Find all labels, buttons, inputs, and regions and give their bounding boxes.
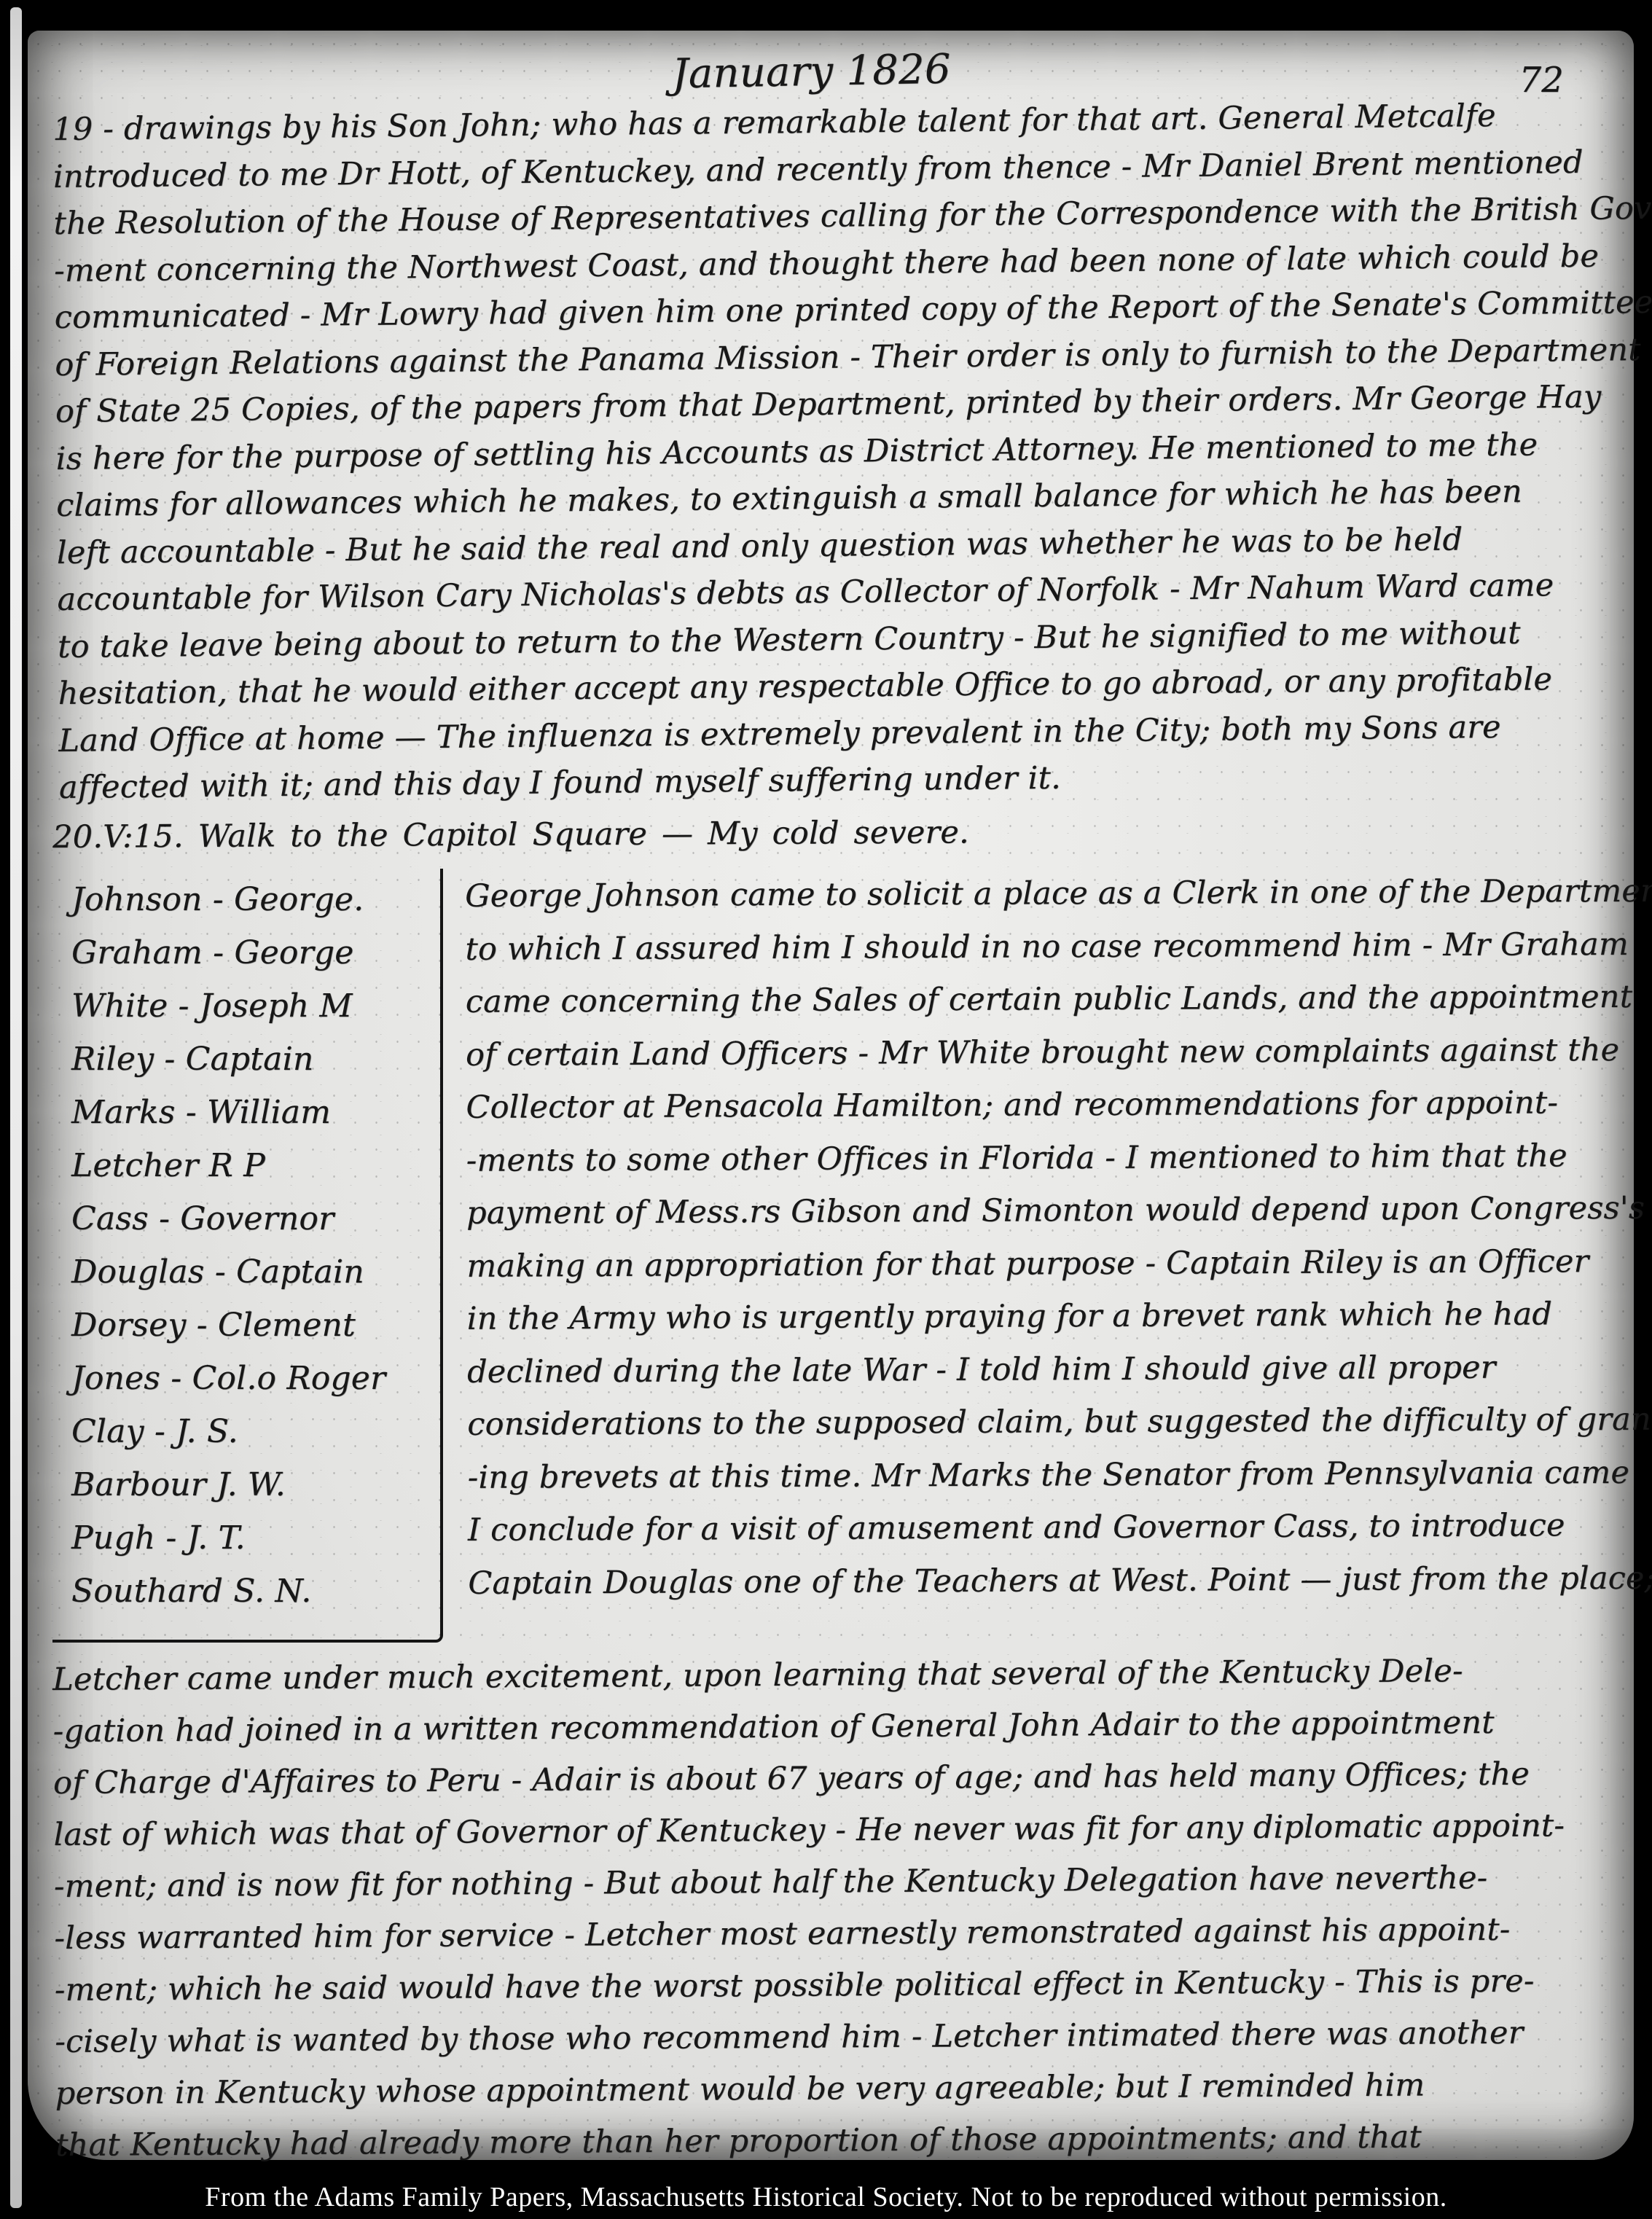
visitor-name: Dorsey - Clement xyxy=(71,1299,440,1352)
entry-20-heading: 20.V:15. Walk to the Capitol Square — My… xyxy=(52,805,1615,861)
manuscript-line: making an appropriation for that purpose… xyxy=(466,1234,1652,1292)
manuscript-line: of certain Land Officers - Mr White brou… xyxy=(466,1022,1652,1081)
manuscript-line: -gation had joined in a written recommen… xyxy=(52,1696,1615,1757)
page-date-heading: January 1826 xyxy=(672,46,952,98)
visitor-name: Pugh - J. T. xyxy=(71,1511,440,1565)
visitor-name: Barbour J. W. xyxy=(71,1458,440,1511)
entry-20-columns: Johnson - George.Graham - GeorgeWhite - … xyxy=(52,869,1615,1643)
manuscript-line: -ment; and is now fit for nothing - But … xyxy=(54,1851,1616,1912)
manuscript-line: payment of Mess.rs Gibson and Simonton w… xyxy=(466,1181,1652,1240)
manuscript-line: -ment; which he said would have the wors… xyxy=(55,1954,1617,2016)
manuscript-line: last of which was that of Governor of Ke… xyxy=(53,1799,1616,1860)
entry-20-body: George Johnson came to solicit a place a… xyxy=(443,863,1652,1643)
manuscript-line: -ing brevets at this time. Mr Marks the … xyxy=(467,1445,1652,1503)
visitor-name: Clay - J. S. xyxy=(71,1405,440,1458)
manuscript-line: Captain Douglas one of the Teachers at W… xyxy=(468,1551,1652,1609)
visitor-name: Graham - George xyxy=(71,926,440,979)
visitor-name: Cass - Governor xyxy=(71,1192,440,1245)
archive-credit-line: From the Adams Family Papers, Massachuse… xyxy=(0,2181,1652,2213)
page-content: January 1826 72 19 - drawings by his Son… xyxy=(28,31,1634,2160)
manuscript-line: that Kentucky had already more than her … xyxy=(55,2110,1618,2171)
manuscript-line: George Johnson came to solicit a place a… xyxy=(465,864,1652,923)
entry-19-paragraph: 19 - drawings by his Son John; who has a… xyxy=(52,91,1621,811)
visitor-name: Riley - Captain xyxy=(71,1033,440,1086)
manuscript-line: declined during the late War - I told hi… xyxy=(467,1339,1652,1398)
manuscript-line: considerations to the supposed claim, bu… xyxy=(467,1393,1652,1451)
manuscript-line: Collector at Pensacola Hamilton; and rec… xyxy=(466,1076,1652,1134)
manuscript-line: in the Army who is urgently praying for … xyxy=(467,1287,1652,1345)
manuscript-line: to which I assured him I should in no ca… xyxy=(465,917,1652,975)
manuscript-line: -less warranted him for service - Letche… xyxy=(54,1903,1616,1964)
manuscript-line: I conclude for a visit of amusement and … xyxy=(468,1498,1652,1557)
diary-page: January 1826 72 19 - drawings by his Son… xyxy=(28,31,1634,2160)
entry-20-continuation: Letcher came under much excitement, upon… xyxy=(52,1644,1618,2171)
manuscript-line: -ments to some other Offices in Florida … xyxy=(466,1128,1652,1186)
visitor-name: Johnson - George. xyxy=(71,873,440,926)
visitor-name: Marks - William xyxy=(71,1086,440,1139)
manuscript-scan: January 1826 72 19 - drawings by his Son… xyxy=(0,0,1652,2219)
visitor-name: Letcher R P xyxy=(71,1139,440,1192)
visitor-name: Jones - Col.o Roger xyxy=(71,1352,440,1405)
manuscript-line: -cisely what is wanted by those who reco… xyxy=(55,2006,1617,2067)
visitor-list-box: Johnson - George.Graham - GeorgeWhite - … xyxy=(52,869,443,1643)
visitor-name: Southard S. N. xyxy=(71,1565,440,1618)
visitor-name: Douglas - Captain xyxy=(71,1245,440,1299)
manuscript-line: came concerning the Sales of certain pub… xyxy=(466,970,1652,1028)
visitor-name: White - Joseph M xyxy=(71,979,440,1033)
scan-edge-strip xyxy=(10,7,22,2208)
manuscript-line: of Charge d'Affaires to Peru - Adair is … xyxy=(53,1748,1616,1809)
manuscript-line: Letcher came under much excitement, upon… xyxy=(52,1644,1615,1705)
manuscript-line: person in Kentucky whose appointment wou… xyxy=(55,2058,1617,2119)
